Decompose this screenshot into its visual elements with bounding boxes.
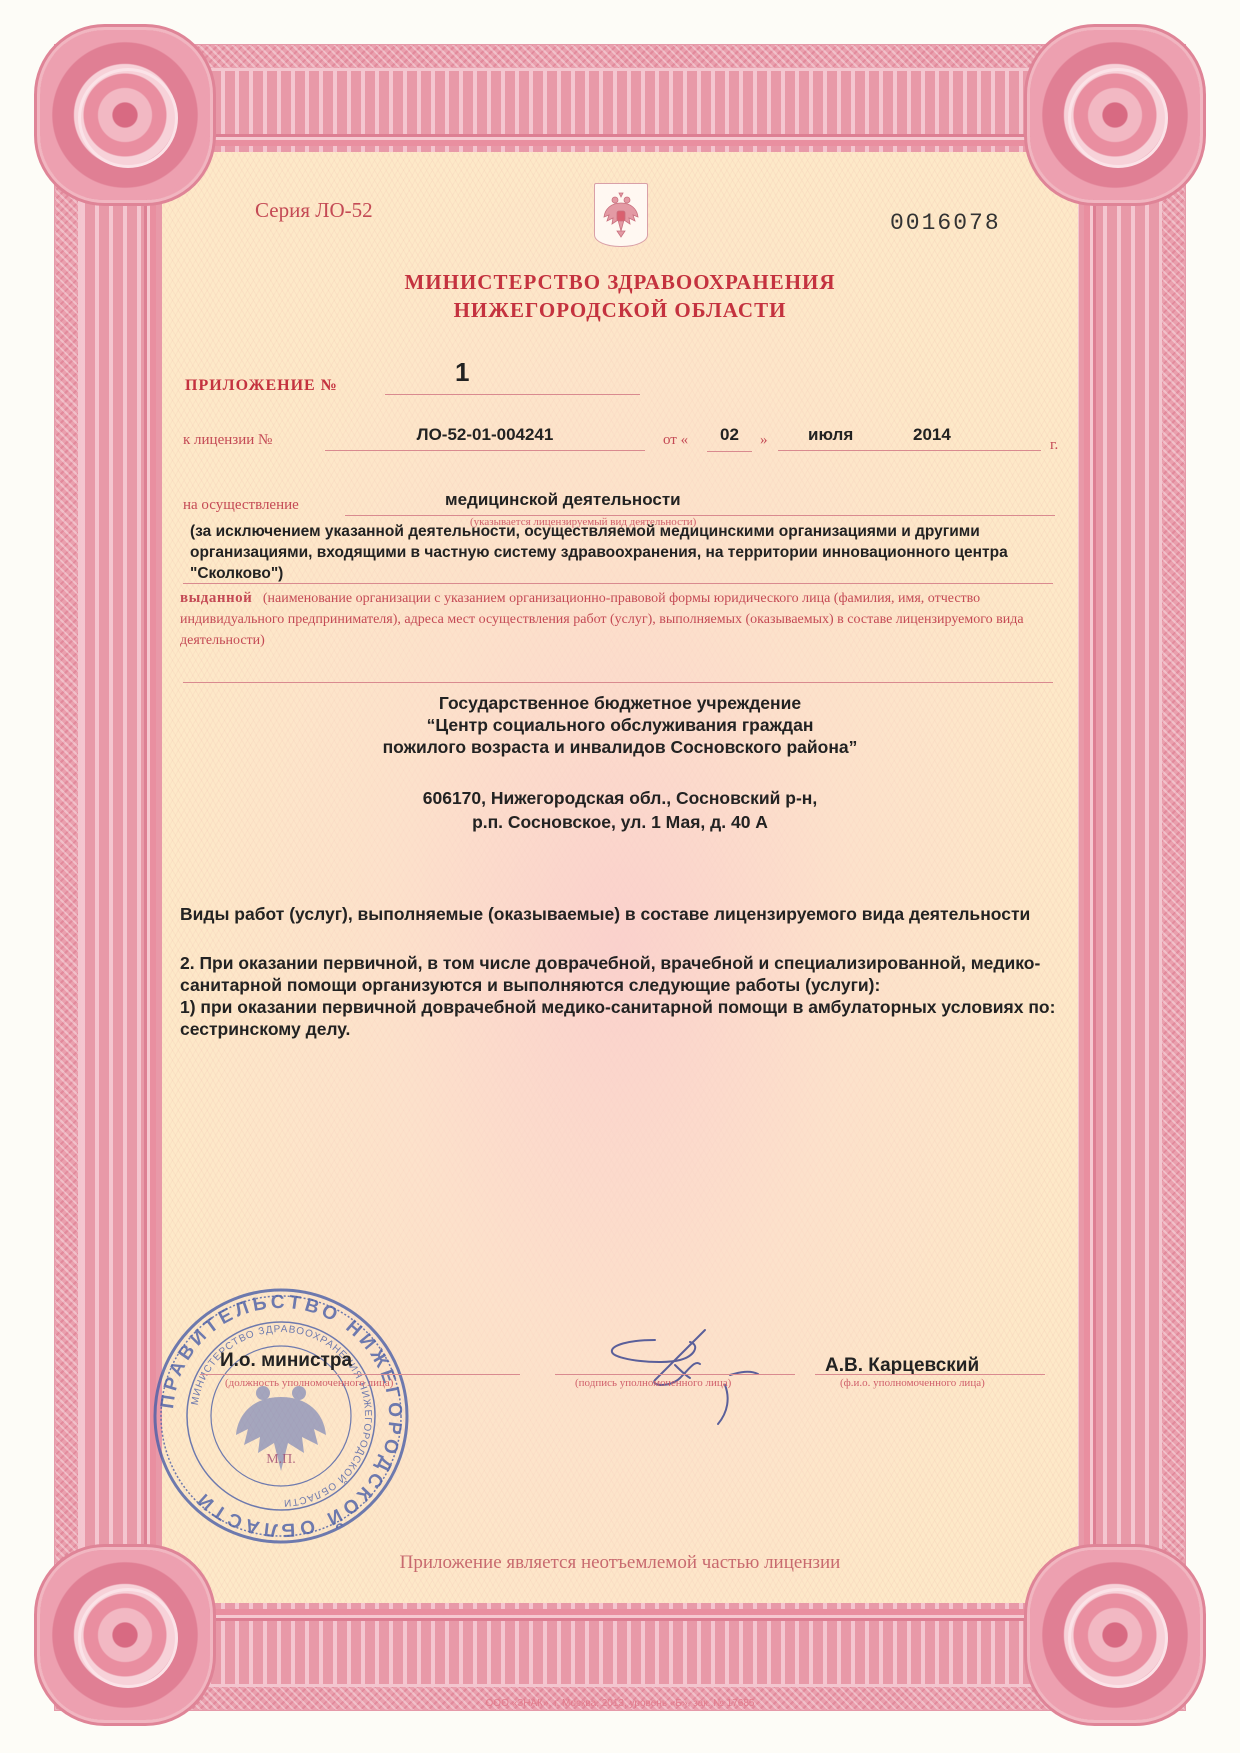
signature-caption: (подпись уполномоченного лица) [575,1377,731,1389]
date-month: июля [808,425,853,445]
organization-line: пожилого возраста и инвалидов Сосновског… [240,736,1000,758]
footer-note: Приложение является неотъемлемой частью … [320,1552,920,1574]
ministry-title-line: МИНИСТЕРСТВО ЗДРАВООХРАНЕНИЯ [250,268,990,296]
works-subitem: 1) при оказании первичной доврачебной ме… [180,996,1070,1040]
organization-name: Государственное бюджетное учреждение “Це… [240,692,1000,758]
date-close-quote: » [760,432,768,449]
position-caption: (должность уполномоченного лица) [225,1377,393,1389]
divider [815,1374,1045,1375]
divider [183,583,1053,584]
russian-coat-of-arms-icon [594,183,648,247]
series-label: Серия ЛО-52 [255,198,373,223]
organization-line: Государственное бюджетное учреждение [240,692,1000,714]
date-from-label: от « [663,432,688,449]
divider [555,1374,795,1375]
ministry-title-line: НИЖЕГОРОДСКОЙ ОБЛАСТИ [250,296,990,324]
handwritten-signature [600,1320,760,1430]
activity-value: медицинской деятельности [345,490,1055,516]
printer-imprint: ООО «ЗНАК», г. Москва, 2013, уровень «Б»… [420,1698,820,1709]
corner-rosette-icon [40,1550,210,1720]
license-label: к лицензии № [183,432,272,449]
corner-rosette-icon [1030,1550,1200,1720]
address-line: 606170, Нижегородская обл., Сосновский р… [240,786,1000,810]
issued-caption: (наименование организации с указанием ор… [180,591,1024,648]
address-line: р.п. Сосновское, ул. 1 Мая, д. 40 А [240,810,1000,834]
works-item: 2. При оказании первичной, в том числе д… [180,952,1070,996]
date-month-year: июля 2014 [778,425,1041,451]
divider [183,682,1053,683]
date-suffix: г. [1050,437,1058,454]
licensed-works: Виды работ (услуг), выполняемые (оказыва… [180,903,1070,1040]
date-day: 02 [707,425,752,452]
divider [200,1374,520,1375]
license-number: ЛО-52-01-004241 [325,425,645,451]
works-heading: Виды работ (услуг), выполняемые (оказыва… [180,903,1070,925]
appendix-label: ПРИЛОЖЕНИЕ № [185,377,338,395]
name-caption: (ф.и.о. уполномоченного лица) [840,1377,985,1389]
signatory-position: И.о. министра [220,1350,352,1372]
official-seal-stamp: ПРАВИТЕЛЬСТВО НИЖЕГОРОДСКОЙ ОБЛАСТИ МИНИ… [150,1285,412,1547]
date-year: 2014 [913,425,951,445]
organization-address: 606170, Нижегородская обл., Сосновский р… [240,786,1000,834]
blank-serial-number: 0016078 [890,210,1001,236]
activity-label: на осуществление [183,497,299,514]
corner-rosette-icon [1030,30,1200,200]
stamp-center-text: М.П. [266,1452,296,1467]
issued-to-block: выданной (наименование организации с ука… [180,588,1070,651]
corner-rosette-icon [40,30,210,200]
appendix-number: 1 [385,357,640,395]
ministry-title: МИНИСТЕРСТВО ЗДРАВООХРАНЕНИЯ НИЖЕГОРОДСК… [250,268,990,324]
issued-label: выданной [180,590,252,606]
double-headed-eagle-icon [601,191,641,239]
organization-line: “Центр социального обслуживания граждан [240,714,1000,736]
activity-note: (за исключением указанной деятельности, … [190,521,1050,584]
